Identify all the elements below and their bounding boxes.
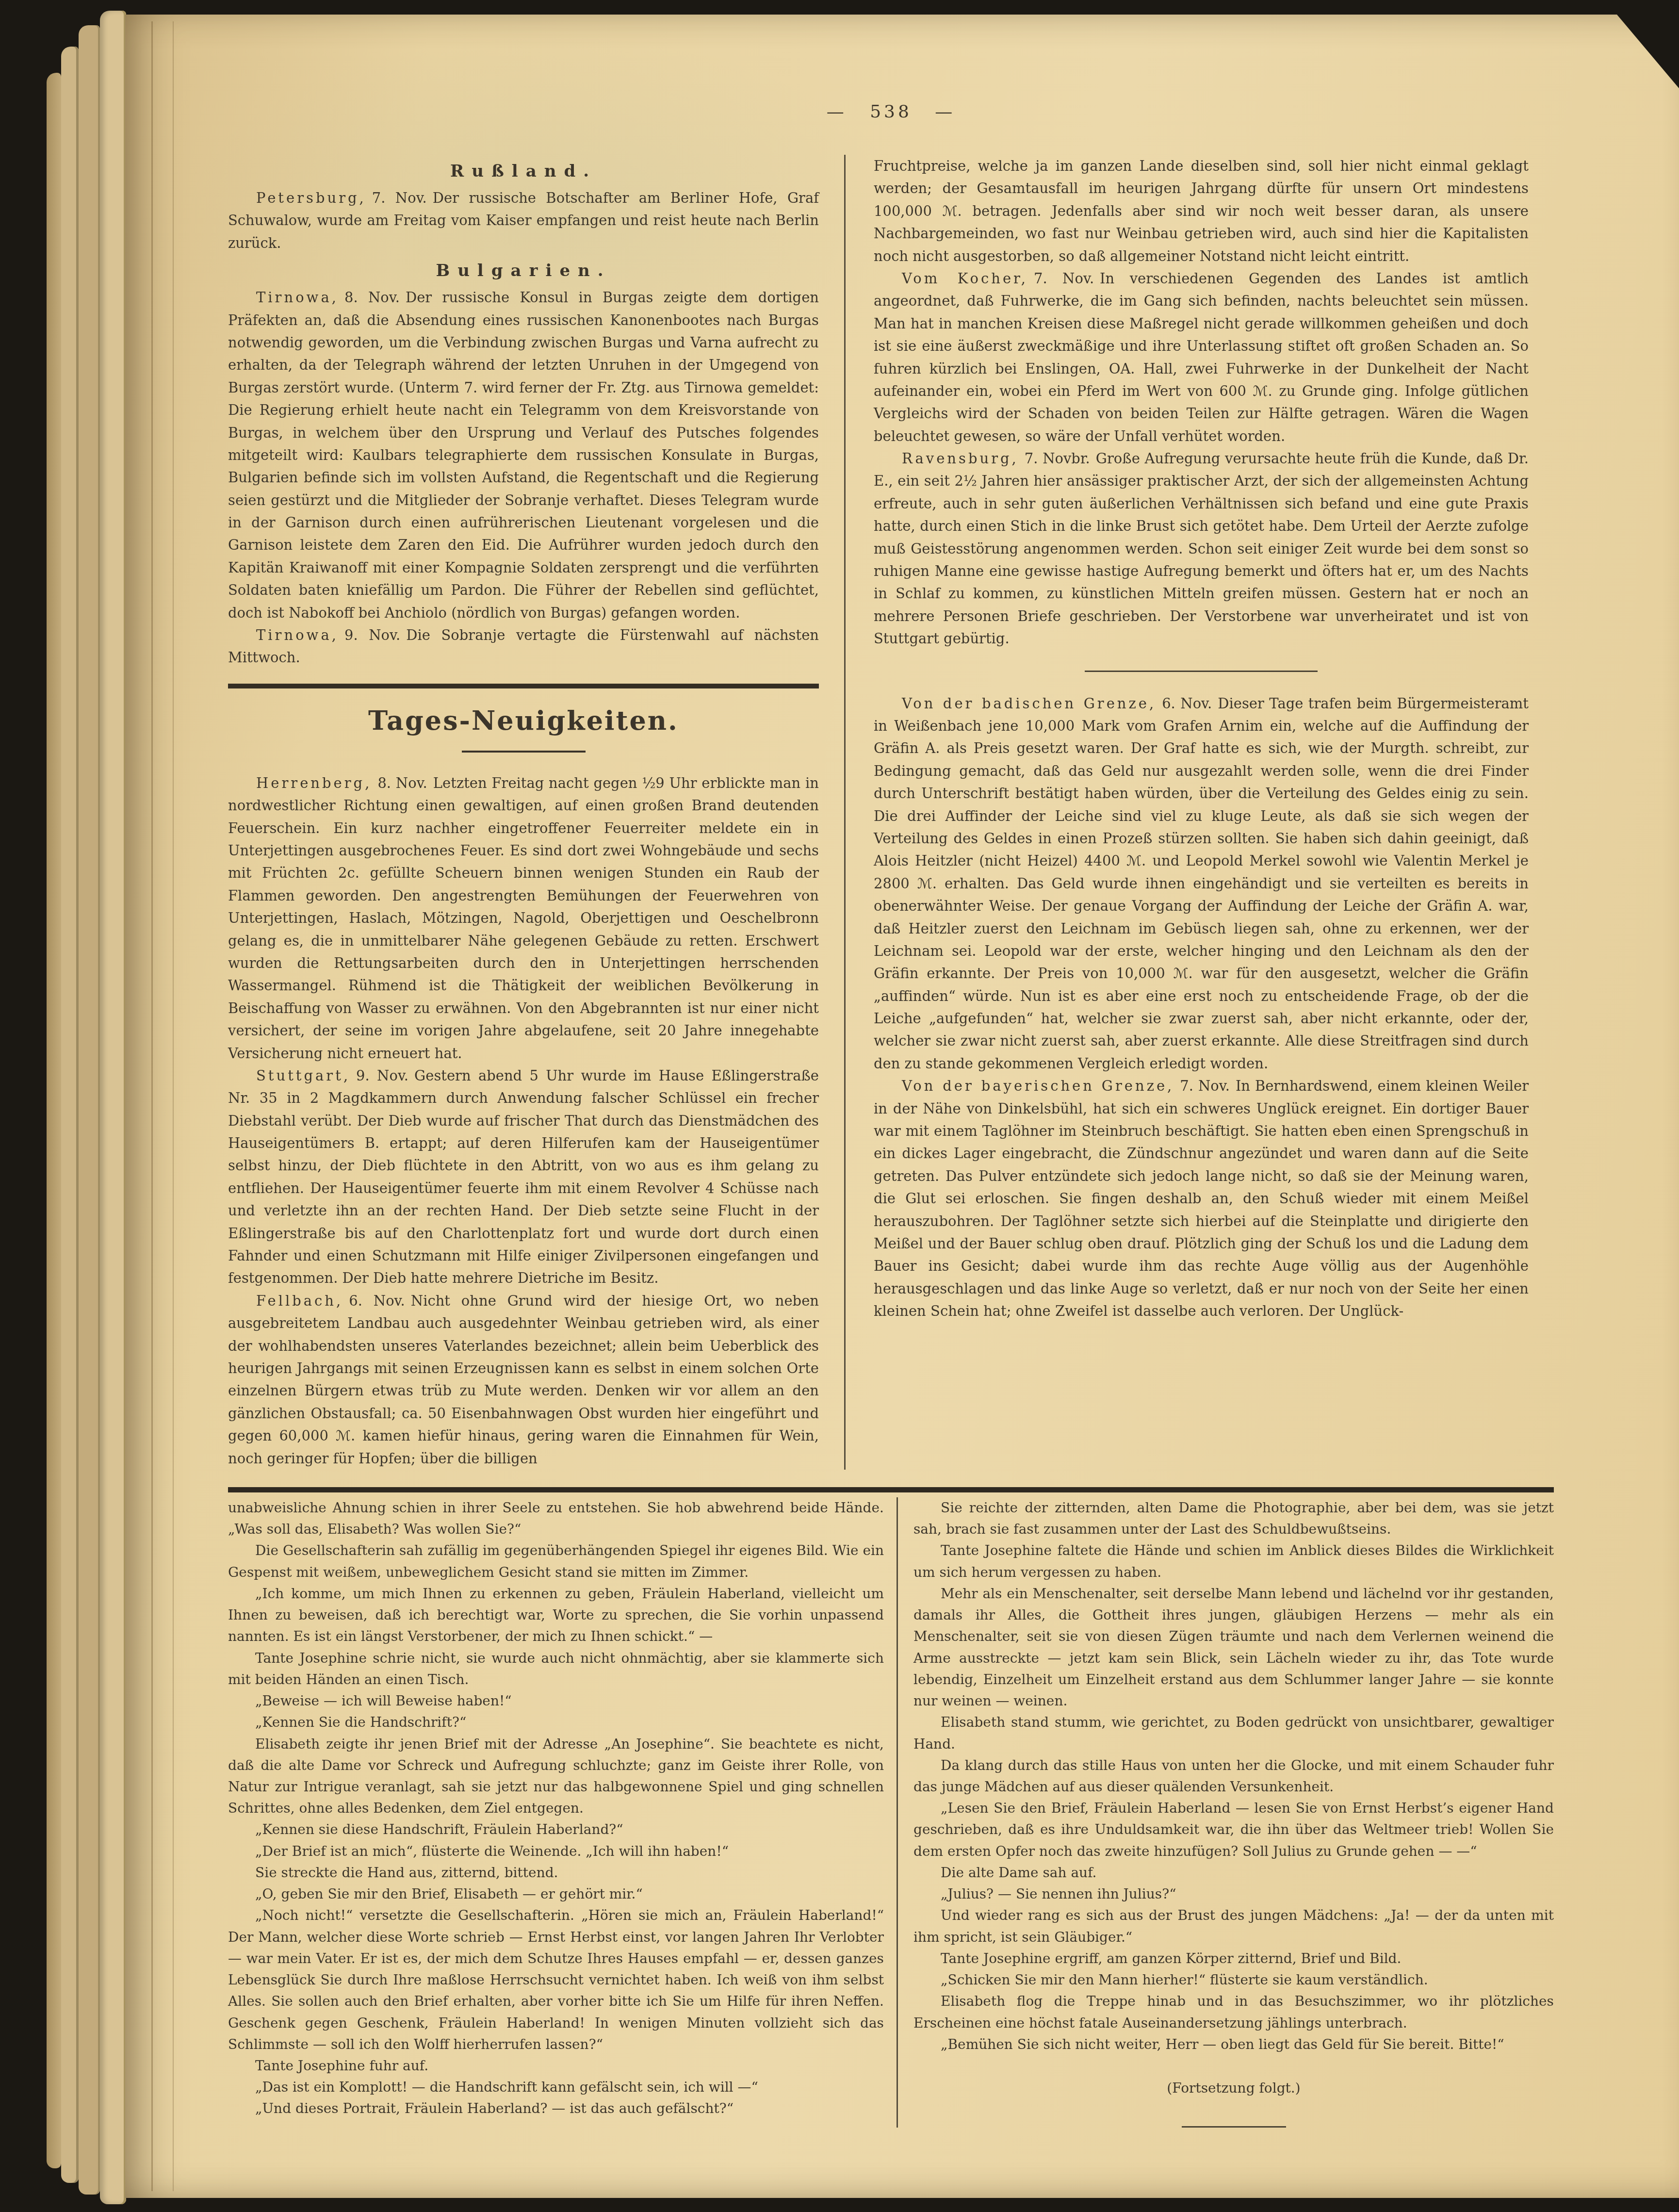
feuilleton-paragraph: Die Gesellschafterin sah zufällig im geg…	[228, 1540, 884, 1583]
feuilleton-paragraph: „Kennen sie diese Handschrift, Fräulein …	[228, 1819, 884, 1840]
dateline: Stuttgart,	[256, 1067, 350, 1084]
feuilleton-paragraph: „Beweise — ich will Beweise haben!“	[228, 1690, 884, 1712]
feuilleton-paragraph: „Ich komme, um mich Ihnen zu erkennen zu…	[228, 1583, 884, 1648]
article-vom-kocher: Vom Kocher,7. Nov.In verschiedenen Gegen…	[874, 267, 1529, 447]
article-text: In verschiedenen Gegenden des Landes ist…	[874, 270, 1529, 444]
article-date: 7. Nov.	[1180, 1078, 1230, 1094]
dateline: Herrenberg,	[256, 775, 372, 791]
article-date: 8. Nov.	[377, 775, 427, 791]
dateline: Tirnowa,	[256, 289, 339, 306]
article-text: Nicht ohne Grund wird der hiesige Ort, w…	[228, 1293, 819, 1467]
continuation-note: (Fortsetzung folgt.)	[913, 2078, 1554, 2099]
book-page-edge	[79, 25, 100, 2195]
article-herrenberg: Herrenberg,8. Nov.Letzten Freitag nacht …	[228, 772, 819, 1065]
feuilleton-paragraph: Und wieder rang es sich aus der Brust de…	[913, 1905, 1554, 1948]
article-date: 7. Novbr.	[1025, 450, 1090, 467]
dateline: Fellbach,	[256, 1293, 343, 1309]
article-date: 6. Nov.	[349, 1293, 405, 1309]
end-rule	[1182, 2126, 1286, 2128]
dateline: Vom Kocher,	[902, 270, 1028, 287]
dateline: Von der badischen Grenze,	[902, 695, 1156, 712]
newspaper-page: — 538 — Rußland. Petersburg,7. Nov.Der r…	[125, 15, 1679, 2198]
article-date: 9. Nov.	[356, 1067, 408, 1084]
feuilleton-column-left: unabweisliche Ahnung schien in ihrer See…	[228, 1497, 897, 2128]
article-tirnowa-9: Tirnowa,9. Nov.Die Sobranje vertagte die…	[228, 624, 819, 669]
feuilleton-paragraph: Tante Josephine schrie nicht, sie wurde …	[228, 1648, 884, 1690]
page-margin-creases	[142, 21, 195, 2191]
book-page-edge	[61, 47, 79, 2183]
book-page-edge	[47, 73, 61, 2168]
heading-bulgarien: Bulgarien.	[228, 261, 819, 280]
article-stuttgart: Stuttgart,9. Nov.Gestern abend 5 Uhr wur…	[228, 1065, 819, 1290]
article-bayerische-grenze: Von der bayerischen Grenze,7. Nov.In Ber…	[874, 1075, 1529, 1322]
dateline: Ravensburg,	[902, 450, 1019, 467]
page-content: — 538 — Rußland. Petersburg,7. Nov.Der r…	[228, 102, 1554, 2128]
feuilleton-paragraph: „Schicken Sie mir den Mann hierher!“ flü…	[913, 1969, 1554, 1991]
article-date: 9. Nov.	[344, 627, 400, 643]
dateline: Tirnowa,	[256, 627, 339, 643]
article-date: 7. Nov.	[372, 190, 427, 206]
feuilleton-paragraph: Tante Josephine ergriff, am ganzen Körpe…	[913, 1948, 1554, 1969]
article-text: In Bernhardswend, einem kleinen Weiler i…	[874, 1078, 1529, 1319]
article-text: Der russische Konsul in Burgas zeigte de…	[228, 289, 819, 621]
feuilleton-column-right: Sie reichte der zitternden, alten Dame d…	[897, 1497, 1554, 2128]
article-text: Gestern abend 5 Uhr wurde im Hause Eßlin…	[228, 1067, 819, 1287]
article-fellbach: Fellbach,6. Nov.Nicht ohne Grund wird de…	[228, 1290, 819, 1470]
article-tirnowa-8: Tirnowa,8. Nov.Der russische Konsul in B…	[228, 286, 819, 624]
feuilleton-paragraph: „Lesen Sie den Brief, Fräulein Haberland…	[913, 1798, 1554, 1862]
feuilleton-paragraph: Elisabeth flog die Treppe hinab und in d…	[913, 1991, 1554, 2033]
feuilleton-paragraph: Tante Josephine faltete die Hände und sc…	[913, 1540, 1554, 1583]
article-text: Große Aufregung verursachte heute früh d…	[874, 450, 1529, 647]
heading-russland: Rußland.	[228, 162, 819, 181]
feuilleton-columns: unabweisliche Ahnung schien in ihrer See…	[228, 1497, 1554, 2128]
article-fellbach-continuation: Fruchtpreise, welche ja im ganzen Lande …	[874, 155, 1529, 267]
news-column-right: Fruchtpreise, welche ja im ganzen Lande …	[844, 155, 1529, 1470]
news-columns: Rußland. Petersburg,7. Nov.Der russische…	[228, 155, 1554, 1470]
scan-corner-shadow	[1617, 15, 1679, 88]
section-divider-rule	[1085, 671, 1318, 672]
article-ravensburg: Ravensburg,7. Novbr.Große Aufregung veru…	[874, 447, 1529, 650]
feuilleton-separator-rule	[228, 1487, 1554, 1492]
article-text: Fruchtpreise, welche ja im ganzen Lande …	[874, 158, 1529, 264]
feuilleton-paragraph: „Bemühen Sie sich nicht weiter, Herr — o…	[913, 2034, 1554, 2055]
article-text: Letzten Freitag nacht gegen ½9 Uhr erbli…	[228, 775, 819, 1062]
section-tages-neuigkeiten: Tages-Neuigkeiten.	[228, 684, 819, 753]
feuilleton-paragraph: Die alte Dame sah auf.	[913, 1862, 1554, 1884]
feuilleton-paragraph: „O, geben Sie mir den Brief, Elisabeth —…	[228, 1884, 884, 1905]
section-title-rule	[462, 751, 586, 753]
feuilleton-paragraph: Elisabeth zeigte ihr jenen Brief mit der…	[228, 1734, 884, 1819]
section-title: Tages-Neuigkeiten.	[228, 705, 819, 736]
feuilleton-paragraph: „Julius? — Sie nennen ihn Julius?“	[913, 1884, 1554, 1905]
feuilleton-paragraph: Sie reichte der zitternden, alten Dame d…	[913, 1497, 1554, 1540]
feuilleton-paragraph: „Das ist ein Komplott! — die Handschrift…	[228, 2077, 884, 2098]
news-column-left: Rußland. Petersburg,7. Nov.Der russische…	[228, 155, 844, 1470]
feuilleton-paragraph: „Noch nicht!“ versetzte die Gesellschaft…	[228, 1905, 884, 2055]
feuilleton-paragraph: Da klang durch das stille Haus von unten…	[913, 1755, 1554, 1798]
feuilleton-paragraph: Mehr als ein Menschenalter, seit derselb…	[913, 1583, 1554, 1712]
feuilleton-paragraph: „Und dieses Portrait, Fräulein Haberland…	[228, 2098, 884, 2119]
dateline: Petersburg,	[256, 190, 366, 206]
feuilleton-paragraph: Sie streckte die Hand aus, zitternd, bit…	[228, 1862, 884, 1884]
feuilleton-paragraph: „Kennen Sie die Handschrift?“	[228, 1712, 884, 1733]
book-page-edge	[100, 11, 126, 2204]
feuilleton-paragraph: „Der Brief ist an mich“, flüsterte die W…	[228, 1841, 884, 1862]
feuilleton-paragraph: unabweisliche Ahnung schien in ihrer See…	[228, 1497, 884, 1540]
feuilleton-paragraph: Elisabeth stand stumm, wie gerichtet, zu…	[913, 1712, 1554, 1754]
article-date: 8. Nov.	[344, 289, 400, 306]
article-badische-grenze: Von der badischen Grenze,6. Nov.Dieser T…	[874, 692, 1529, 1075]
scanned-newspaper-page: — 538 — Rußland. Petersburg,7. Nov.Der r…	[0, 0, 1679, 2212]
article-date: 6. Nov.	[1162, 695, 1212, 712]
article-petersburg: Petersburg,7. Nov.Der russische Botschaf…	[228, 187, 819, 254]
article-date: 7. Nov.	[1034, 270, 1094, 287]
dateline: Von der bayerischen Grenze,	[902, 1078, 1174, 1094]
feuilleton-paragraph: Tante Josephine fuhr auf.	[228, 2055, 884, 2077]
page-number: — 538 —	[228, 102, 1554, 122]
article-text: Dieser Tage trafen beim Bürgermeisteramt…	[874, 695, 1529, 1072]
